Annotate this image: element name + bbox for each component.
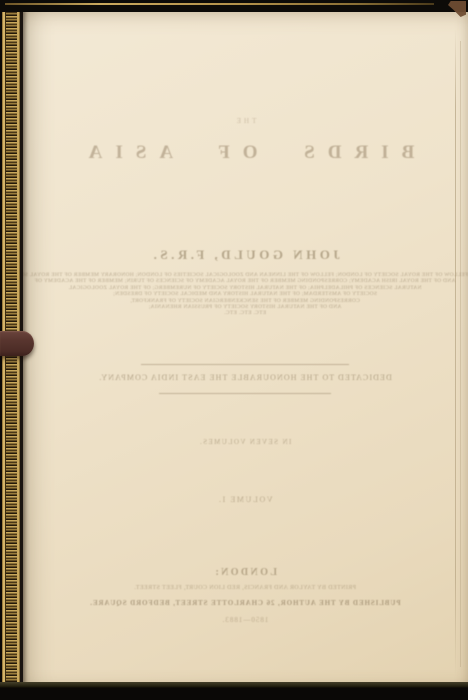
cover-top-edge (0, 0, 468, 12)
credential-line: FELLOW OF THE ROYAL SOCIETY OF LONDON; F… (22, 272, 468, 278)
horizontal-rule (159, 393, 331, 394)
horizontal-rule (141, 364, 349, 365)
author-credentials-block: FELLOW OF THE ROYAL SOCIETY OF LONDON; F… (22, 272, 468, 317)
book-photo: THE BIRDS OF ASIA JOHN GOULD, F.R.S. FEL… (0, 0, 468, 700)
imprint-city-text: LONDON: (22, 567, 468, 578)
credential-line: ETC. ETC. ETC. (22, 310, 468, 316)
credential-line: CORRESPONDING MEMBER OF THE SENCKENBERGI… (22, 298, 468, 304)
volume-number-text: VOLUME I. (22, 495, 468, 504)
page-block-bottom-edge (0, 682, 468, 688)
book-title-text: BIRDS OF ASIA (22, 142, 468, 164)
author-text: JOHN GOULD, F.R.S. (22, 247, 468, 263)
imprint-printer-text: PRINTED BY TAYLOR AND FRANCIS, RED LION … (22, 585, 468, 591)
imprint-date-text: 1850—1883. (22, 616, 468, 624)
page-edge-crease (455, 29, 456, 675)
credential-line: AND OF THE ROYAL IRISH ACADEMY; CORRESPO… (22, 278, 468, 284)
credential-line: NATURAL SCIENCES OF PHILADELPHIA; OF THE… (22, 285, 468, 291)
half-title-text: THE (22, 117, 468, 125)
bleed-through-text-layer: THE BIRDS OF ASIA JOHN GOULD, F.R.S. FEL… (22, 11, 468, 691)
imprint-publisher-text: PUBLISHED BY THE AUTHOR, 26 CHARLOTTE ST… (22, 599, 468, 607)
dedication-text: DEDICATED TO THE HONOURABLE THE EAST IND… (22, 373, 468, 382)
page-leaf: THE BIRDS OF ASIA JOHN GOULD, F.R.S. FEL… (22, 11, 468, 691)
credential-line: SOCIETY OF AMSTERDAM; OF THE NATURAL HIS… (22, 291, 468, 297)
ribbon-bookmark (0, 331, 34, 356)
credential-line: AND OF THE NATURAL HISTORY SOCIETY OF PR… (22, 304, 468, 310)
cover-bottom-edge (0, 687, 468, 700)
page-edge-crease-2 (460, 41, 461, 667)
volumes-note-text: IN SEVEN VOLUMES. (22, 438, 468, 446)
gilt-edge-line (5, 3, 434, 5)
